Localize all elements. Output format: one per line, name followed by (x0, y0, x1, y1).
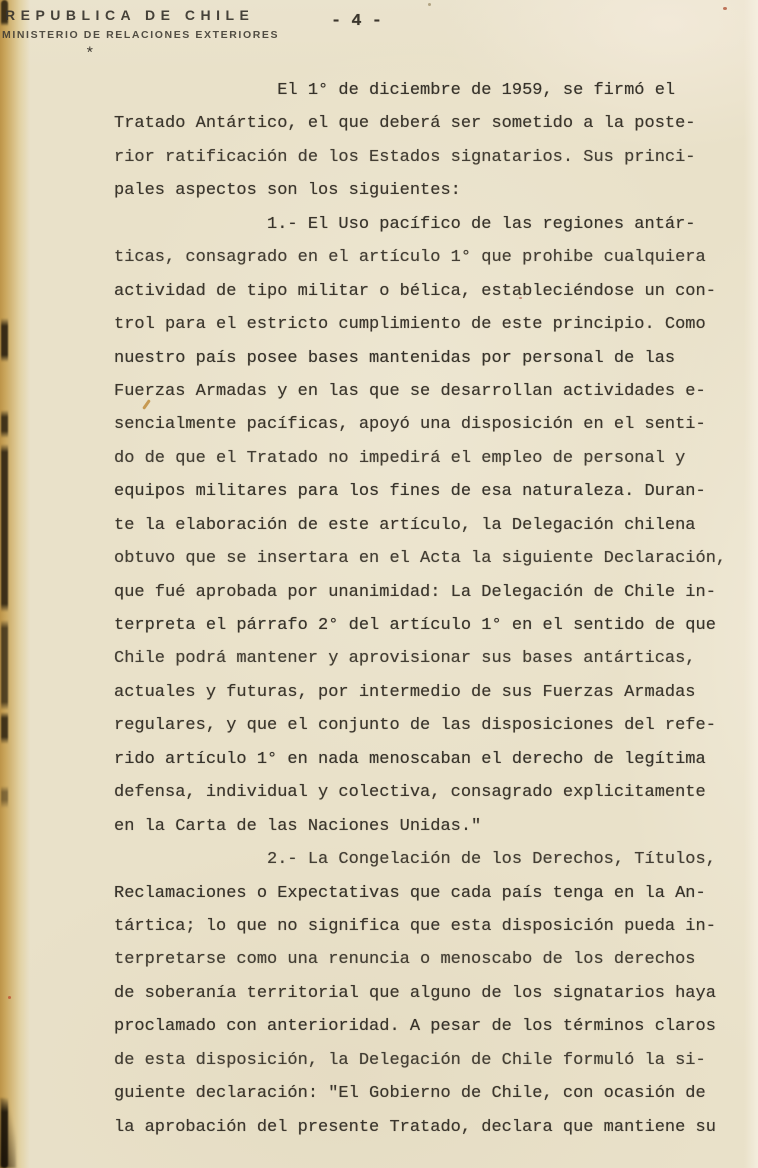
text-line: proclamado con anterioridad. A pesar de … (114, 1010, 744, 1043)
text-line: actividad de tipo militar o bélica, esta… (114, 275, 744, 308)
text-line: El 1° de diciembre de 1959, se firmó el (114, 74, 744, 107)
text-line: de soberanía territorial que alguno de l… (114, 977, 744, 1010)
letterhead-ministry-line: MINISTERIO DE RELACIONES EXTERIORES (2, 29, 279, 41)
text-line: te la elaboración de este artículo, la D… (114, 509, 744, 542)
paper-speck (428, 3, 431, 6)
paper-speck (519, 297, 522, 299)
text-line: terpretarse como una renuncia o menoscab… (114, 943, 744, 976)
text-line: pales aspectos son los siguientes: (114, 174, 744, 207)
text-line: sencialmente pacíficas, apoyó una dispos… (114, 408, 744, 441)
document-body: El 1° de diciembre de 1959, se firmó elT… (114, 74, 744, 1144)
text-line: Fuerzas Armadas y en las que se desarrol… (114, 375, 744, 408)
text-line: 2.- La Congelación de los Derechos, Títu… (114, 843, 744, 876)
binding-shadow-line (1, 0, 8, 1168)
letterhead-asterisk: * (85, 45, 279, 63)
page-number: - 4 - (331, 12, 382, 31)
text-line: regulares, y que el conjunto de las disp… (114, 709, 744, 742)
scanned-document-page: REPUBLICA DE CHILE MINISTERIO DE RELACIO… (0, 0, 758, 1168)
text-line: guiente declaración: "El Gobierno de Chi… (114, 1077, 744, 1110)
binding-corner-shadow (0, 1098, 16, 1168)
text-line: defensa, individual y colectiva, consagr… (114, 776, 744, 809)
text-line: do de que el Tratado no impedirá el empl… (114, 442, 744, 475)
text-line: actuales y futuras, por intermedio de su… (114, 676, 744, 709)
text-line: trol para el estricto cumplimiento de es… (114, 308, 744, 341)
text-line: que fué aprobada por unanimidad: La Dele… (114, 576, 744, 609)
letterhead: REPUBLICA DE CHILE MINISTERIO DE RELACIO… (5, 7, 279, 63)
text-line: rior ratificación de los Estados signata… (114, 141, 744, 174)
text-line: 1.- El Uso pacífico de las regiones antá… (114, 208, 744, 241)
paper-speck (723, 7, 727, 10)
page-right-edge (744, 0, 758, 1168)
text-line: de esta disposición, la Delegación de Ch… (114, 1044, 744, 1077)
paper-speck (8, 996, 11, 999)
text-line: obtuvo que se insertara en el Acta la si… (114, 542, 744, 575)
text-line: nuestro país posee bases mantenidas por … (114, 342, 744, 375)
text-line: la aprobación del presente Tratado, decl… (114, 1111, 744, 1144)
text-line: tártica; lo que no significa que esta di… (114, 910, 744, 943)
text-line: rido artículo 1° en nada menoscaban el d… (114, 743, 744, 776)
text-line: en la Carta de las Naciones Unidas." (114, 810, 744, 843)
text-line: Chile podrá mantener y aprovisionar sus … (114, 642, 744, 675)
text-line: Reclamaciones o Expectativas que cada pa… (114, 877, 744, 910)
text-line: Tratado Antártico, el que deberá ser som… (114, 107, 744, 140)
text-line: equipos militares para los fines de esa … (114, 475, 744, 508)
text-line: ticas, consagrado en el artículo 1° que … (114, 241, 744, 274)
text-line: terpreta el párrafo 2° del artículo 1° e… (114, 609, 744, 642)
letterhead-republic-line: REPUBLICA DE CHILE (5, 7, 279, 23)
